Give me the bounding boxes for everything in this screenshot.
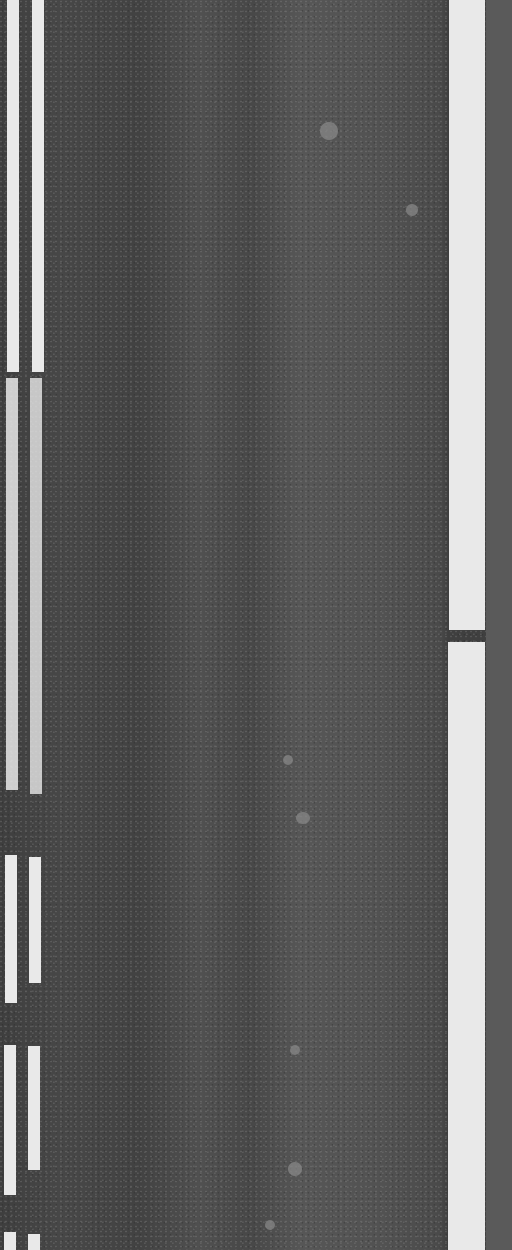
left-line-a-dash-1 bbox=[5, 855, 17, 1003]
left-line-a-solid bbox=[7, 0, 19, 372]
left-line-b-dash-3 bbox=[28, 1234, 40, 1250]
right-edge-line-lower bbox=[448, 642, 485, 1250]
patch bbox=[406, 204, 418, 216]
left-line-a-dash-3 bbox=[4, 1232, 16, 1250]
patch bbox=[265, 1220, 275, 1230]
left-line-a-dash-2 bbox=[4, 1045, 16, 1195]
left-line-b-dash-2 bbox=[28, 1046, 40, 1170]
patch bbox=[283, 755, 293, 765]
right-shoulder bbox=[486, 0, 512, 1250]
patch bbox=[288, 1162, 302, 1176]
left-line-b-dash-1 bbox=[29, 857, 41, 983]
patch bbox=[296, 812, 310, 824]
left-line-a-worn bbox=[6, 378, 18, 790]
left-line-b-worn bbox=[30, 378, 42, 794]
right-edge-line-upper bbox=[449, 0, 485, 630]
asphalt-texture bbox=[0, 0, 512, 1250]
patch bbox=[320, 122, 338, 140]
patch bbox=[290, 1045, 300, 1055]
left-line-b-solid bbox=[32, 0, 44, 372]
